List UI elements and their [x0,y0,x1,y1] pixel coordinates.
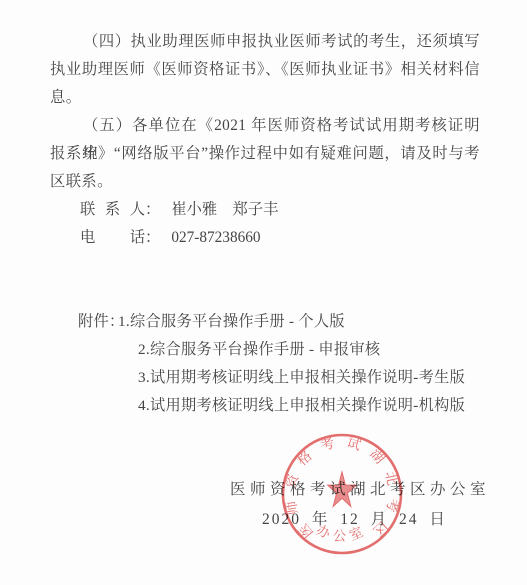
body-text-line: （四）执业助理医师申报执业医师考试的考生，还须填写 [50,28,480,56]
attachments-block: 附件： 1.综合服务平台操作手册 - 个人版 2.综合服务平台操作手册 - 申报… [78,308,465,420]
contact-block: 联系人：崔小雅 郑子丰 电话：027-87238660 [80,196,278,252]
contact-row: 电话：027-87238660 [80,224,278,252]
body-text-line: 报系统》“网络版平台”操作过程中如有疑难问题，请及时与考 [50,140,480,168]
attachments-list: 1.综合服务平台操作手册 - 个人版 2.综合服务平台操作手册 - 申报审核 3… [78,308,465,420]
contact-colon: ： [145,201,160,218]
body-text-line: 区联系。 [50,168,480,196]
body-text-line: 息。 [50,84,480,112]
body-text-line: （五）各单位在《2021 年医师资格考试试用期考核证明申 [50,112,480,140]
body-text-line: 执业助理医师《医师资格证书》、《医师执业证书》相关材料信 [50,56,480,84]
contact-label: 电话 [80,224,145,252]
attachment-item: 1.综合服务平台操作手册 - 个人版 [118,308,465,336]
attachments-label: 附件： [78,308,124,336]
contact-value: 027-87238660 [171,229,260,246]
contact-colon: ： [145,229,160,246]
seal-graphic: 医师资格考试湖北考区 办公室 [262,414,422,574]
contact-row: 联系人：崔小雅 郑子丰 [80,196,278,224]
attachment-item: 2.综合服务平台操作手册 - 申报审核 [138,336,465,364]
star-icon [328,472,357,506]
seal-bottom-text: 办公室 [314,521,370,543]
attachment-item: 3.试用期考核证明线上申报相关操作说明-考生版 [138,364,465,392]
document-body: （四）执业助理医师申报执业医师考试的考生，还须填写 执业助理医师《医师资格证书》… [50,28,480,196]
scanned-document-page: { "page": { "background": "#fdfdfd", "in… [0,0,527,585]
contact-value: 崔小雅 郑子丰 [171,201,278,218]
official-seal: 医师资格考试湖北考区 办公室 [262,414,422,574]
contact-label: 联系人 [80,196,145,224]
